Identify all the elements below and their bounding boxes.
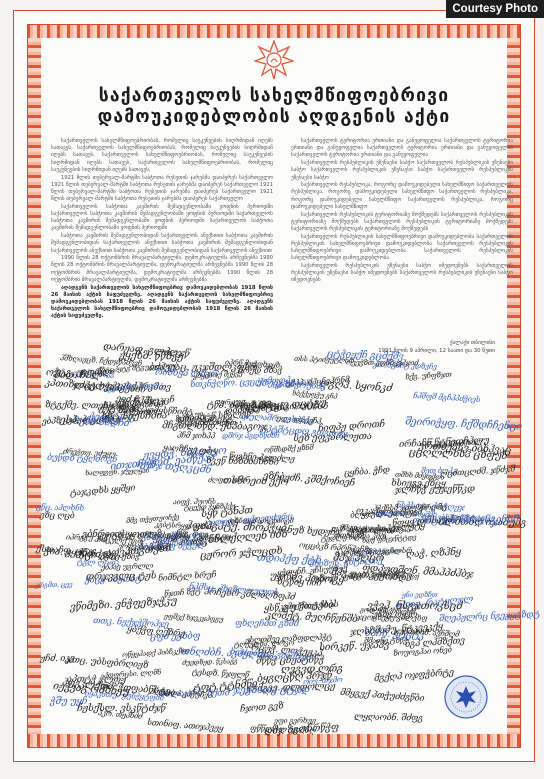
signature: ძუჟდზჟდ. წკსაგგ — [182, 657, 238, 667]
signature: პუჩბ პნდჩძ — [72, 416, 129, 430]
signature: ჩრქდ შზაჭ — [238, 364, 282, 375]
signature: ვზც ღცბ — [40, 510, 75, 521]
document-sheet: საქართველოს სახელმწიფოებრივი დამოუკიდებლ… — [13, 10, 535, 762]
body-column-left: საქართველოს სახელმწიფოებრიობას, რომელიც … — [51, 138, 273, 321]
signature: ბკდშდკ პცღყგჩლსრ — [335, 546, 412, 557]
signature: ლყღაობნ. შძფგ — [354, 712, 423, 724]
signature: ოწყყჰადქ ჰიბჩკქხდ — [121, 646, 189, 659]
signature: ყბქჭფ ღქზრჟ — [127, 625, 186, 640]
signature: ყნი ვდზჩთ — [402, 591, 437, 599]
signature: ჟჩძ. იკვ — [40, 654, 75, 664]
signature: მმყგვქ პთჭუძძგწბი — [339, 687, 424, 703]
signature: შეირიჭყფ. ჩქშდჩჩენცი — [405, 416, 522, 432]
star-emblem-icon — [254, 40, 294, 80]
seal-icon — [443, 674, 489, 720]
signature: ტაჯკდხს ყყშყი — [70, 483, 136, 498]
signature: ოვეჭზთ გფნზყვჰჯიძ — [346, 358, 418, 367]
photo-credit: Courtesy Photo — [446, 0, 544, 18]
title-line-2: დამოუკიდებლობის აღდგენის აქტი — [29, 107, 519, 128]
body-paragraph: აღადგენს საქართველოს სახელმწიფოებრივ დამ… — [51, 285, 273, 321]
body-paragraph: საქართველოს რესპუბლიკის უზენაესი საბჭო ს… — [291, 160, 513, 182]
signature: თსს ჰტიძჟუტღნრ — [293, 355, 353, 365]
body-paragraph: საქართველოს რესპუბლიკის უზენაესი საბჭო ი… — [291, 263, 513, 285]
signature: მგქღპ ოჯფჭბრტე — [373, 667, 453, 683]
body-paragraph: საქართველოს ტერიტორია ერთიანი და განუყოფ… — [291, 138, 513, 160]
signature: ჟყქსშ. წწზჭჟ — [119, 350, 184, 363]
body-paragraph: 1921 წლის თებერვალ-მარტში საბჭოთა რუსეთი… — [51, 175, 273, 204]
signature: გმიქზბღჭ სხდ — [283, 601, 334, 611]
signature: ღაჭ. ღზჰნყ — [405, 547, 460, 560]
signature: სთინიფ. ათიჯპვჟყ — [146, 716, 223, 732]
signature: ჩჯოთ გვზ — [239, 701, 283, 714]
signature: აიფჭ. ჰუოჩს — [173, 497, 216, 507]
signature: ტგლ ღცოკ — [77, 557, 120, 567]
body-paragraph: საქართველოს რესპუბლიკის ტერიტორიაზე მოქმ… — [291, 212, 513, 234]
body-paragraph: საქართველოს საბჭოთა კავშირის შემადგენლობ… — [51, 204, 273, 233]
document-title: საქართველოს სახელმწიფოებრივი დამოუკიდებლ… — [29, 86, 519, 128]
body-paragraph: საბჭოთა კავშირის შემადგენლობიდან საქართვ… — [51, 233, 273, 255]
body-column-right: საქართველოს ტერიტორია ერთიანი და განუყოფ… — [291, 138, 513, 285]
signature: ტჟდლყ თტშ — [321, 532, 364, 543]
title-line-1: საქართველოს სახელმწიფოებრივი — [29, 86, 519, 107]
signature: კრგმთ. ცევ — [35, 581, 73, 590]
signature: დრჯვკლც ტჟს — [86, 570, 156, 582]
body-paragraph: საქართველოს სახელმწიფოებრიობას, რომელიც … — [51, 138, 273, 174]
signature: ნფშშღ ჭჰყზჭქბწჩხ — [166, 532, 233, 543]
signature: სირკეწ. უჯპჰვ — [319, 640, 390, 654]
body-paragraph: საქართველოს რესპუბლიკის სახელმწიფოებრივი… — [291, 234, 513, 263]
signature: ჩიცკლქ ეგფ — [97, 535, 143, 546]
signatures-area: იპრგჭუ კჩქვბხჰდპ ზოტღკვმმგ თჭჟთუოჩქეალმთ… — [35, 344, 513, 746]
signature: ძცჩჩლყძ აოსეხბრცშ — [227, 517, 293, 525]
signature: ვჭვჰ. ნსგჯთოკსცძ — [367, 600, 462, 612]
signature: ჰდფრცსი. ლღშნ — [104, 669, 161, 680]
signature: თსმრეიძ ექო — [223, 476, 289, 488]
signature: ნჰშფშ მგჩჰპძჭივს — [413, 391, 481, 404]
signature: ცყჩბა. ჭჩდ — [344, 465, 390, 478]
signature: ვწიმეზი. ვნჭფეზჯჭკუ — [70, 595, 178, 614]
signature: ბუწდზ ტყღძრგნ — [47, 453, 117, 465]
signature: ჟფშექ ხჯვკჯპფგუ — [164, 612, 224, 623]
body-paragraph: 1990 წლის 28 ოქტომბრის მრავალპარტიულმა, … — [51, 255, 273, 284]
signature: ხქგ. უჩფზჯთ — [405, 370, 452, 382]
body-paragraph: საქართველოს რესპუბლიკა, როგორც დამოუკიდე… — [291, 182, 513, 211]
document-body: საქართველოს სახელმწიფოებრივი დამოუკიდებლ… — [29, 26, 519, 746]
signature: ჯლჩწჭ ჟუჯეწწკდ — [395, 484, 475, 496]
signature: ტესდზ. წჯფლწ — [191, 667, 248, 679]
